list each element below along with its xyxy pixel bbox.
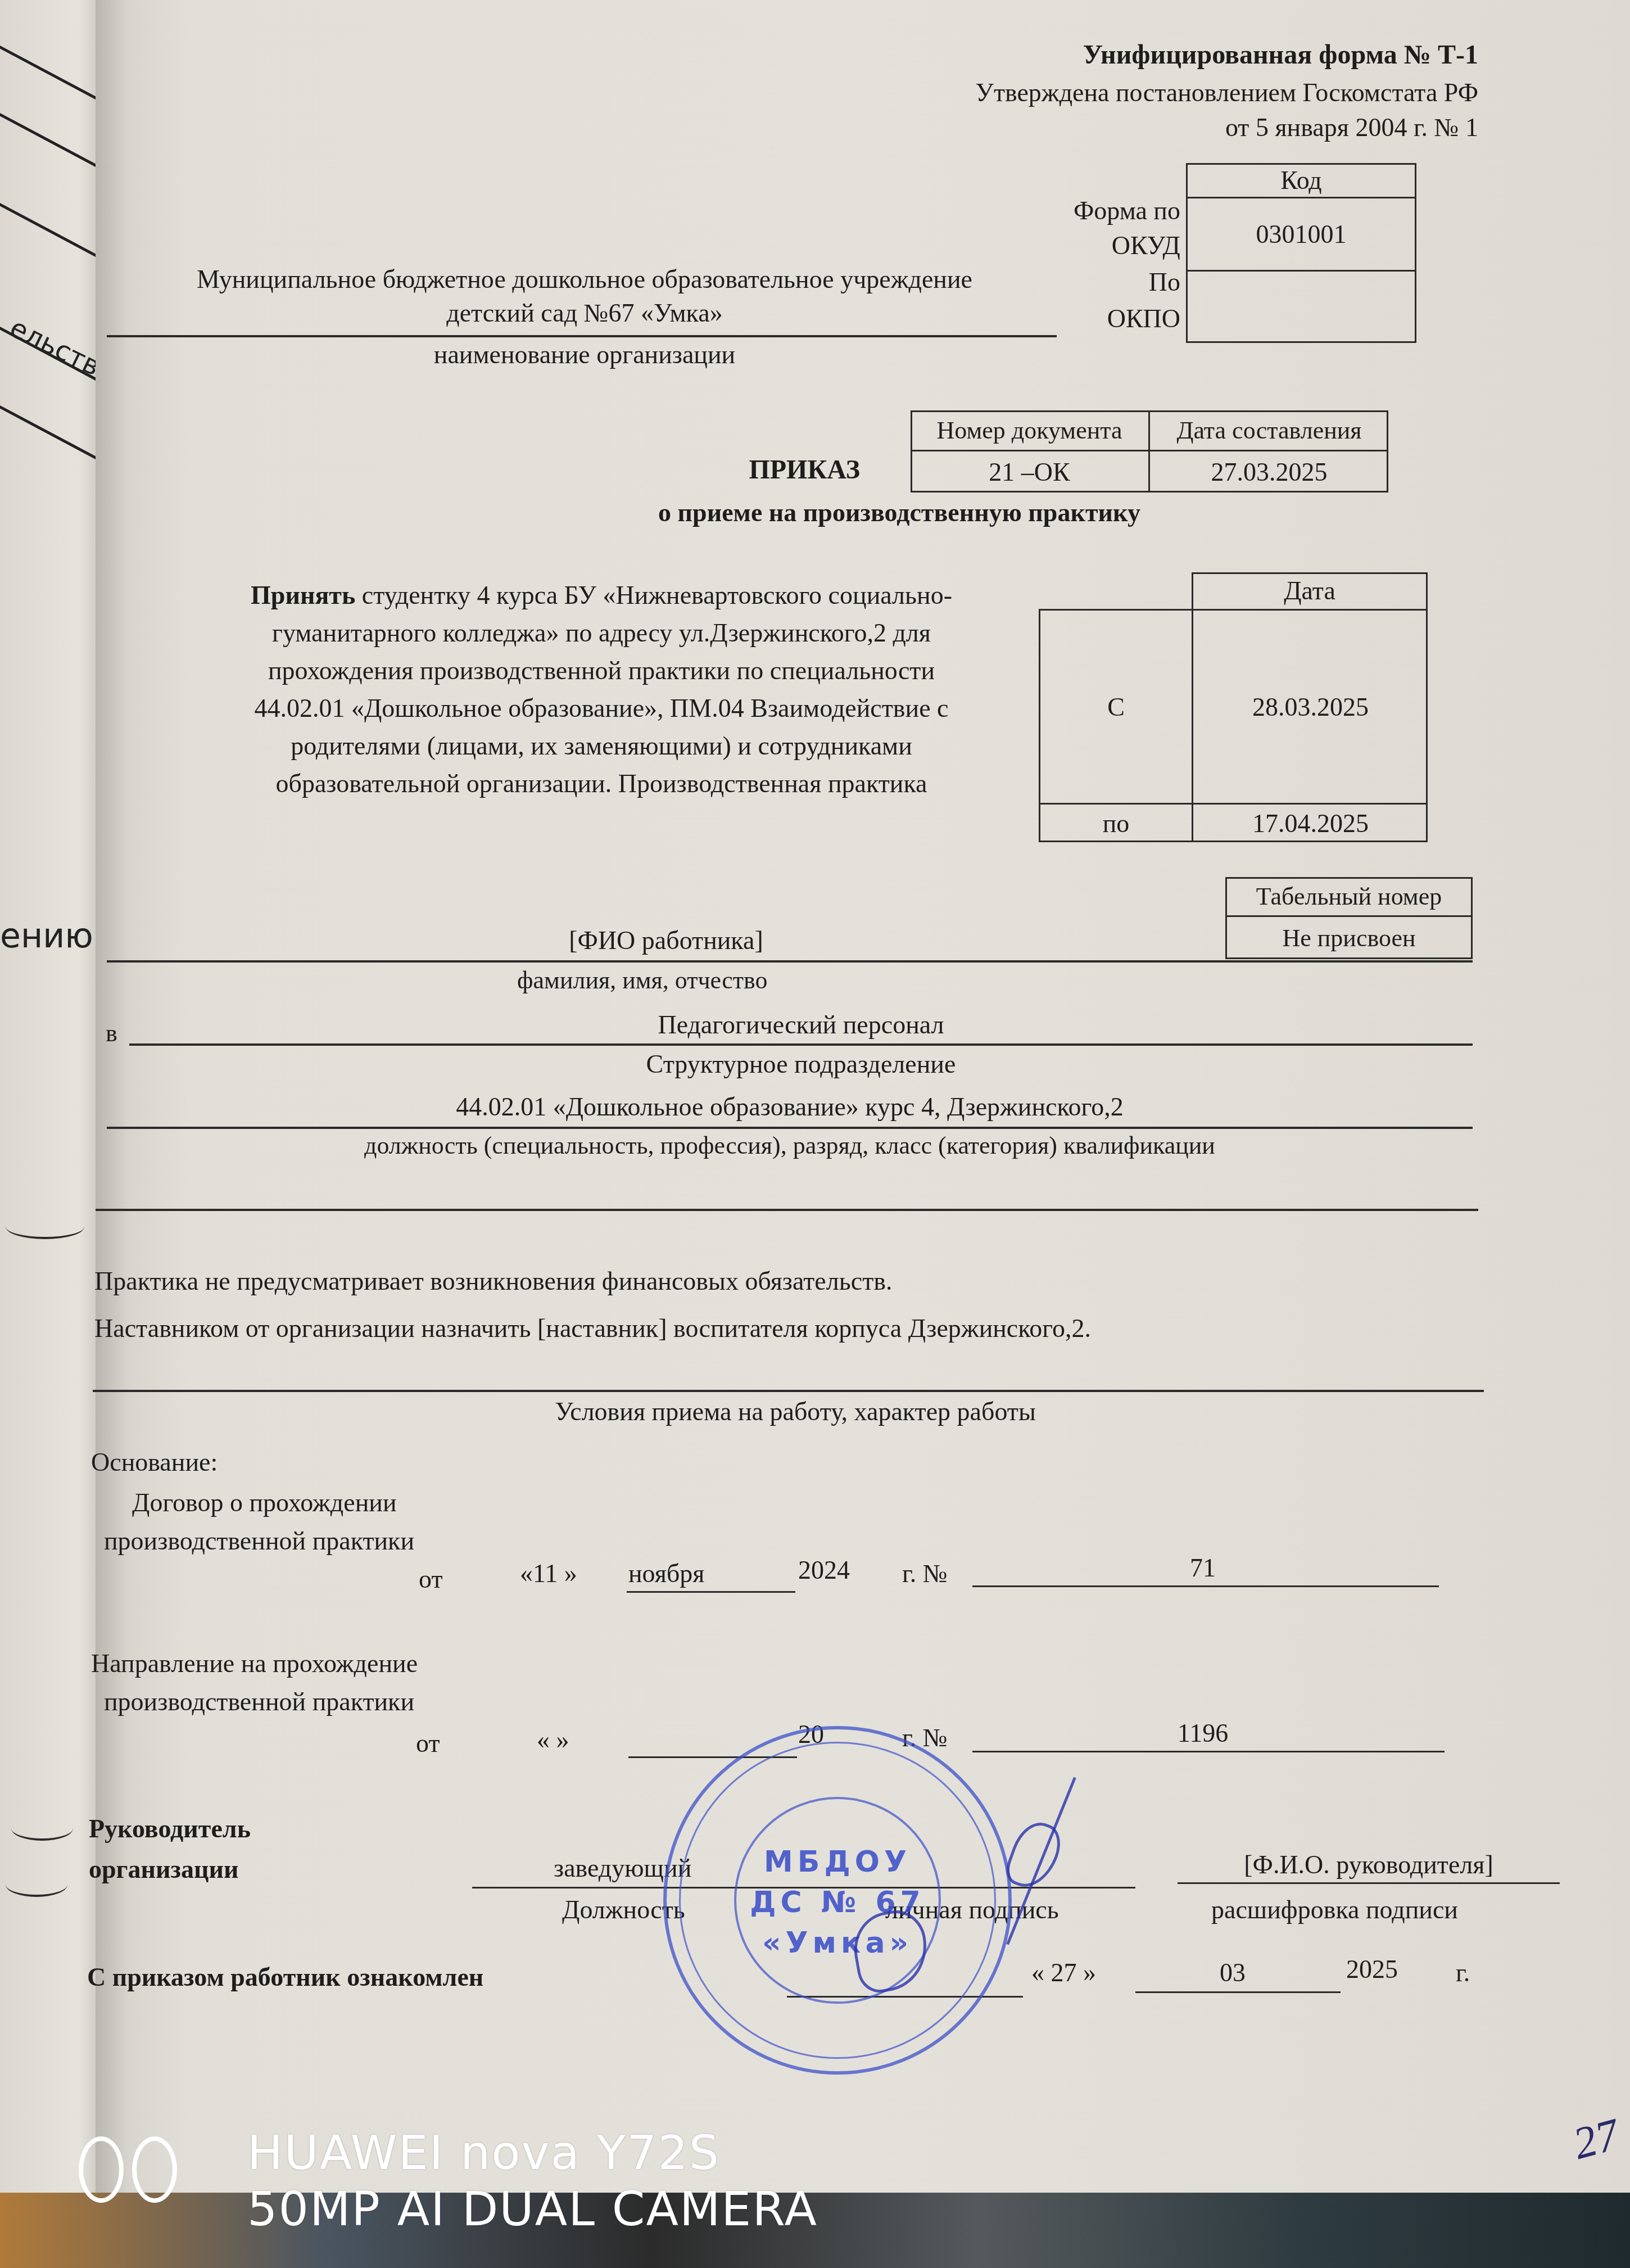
- doc-date: 27.03.2025: [1150, 451, 1388, 493]
- acknowledgement-year-suffix: г.: [1456, 1958, 1470, 1987]
- order-body: Принять студентку 4 курса БУ «Нижневарто…: [163, 576, 1040, 802]
- contract-day: «11 »: [520, 1558, 577, 1588]
- position-caption: должность (специальность, профессия), ра…: [107, 1131, 1473, 1160]
- okud-label: Форма по: [1012, 196, 1180, 225]
- period-header: Дата: [1192, 572, 1428, 609]
- organization-underline: [107, 335, 1057, 337]
- tab-number-header: Табельный номер: [1225, 877, 1473, 915]
- stamp-text: ДС № 67: [667, 1882, 1008, 1923]
- acknowledgement-year: 2025: [1346, 1954, 1398, 1984]
- contract-number-underline: [972, 1585, 1439, 1587]
- watermark-line: HUAWEI nova Y72S: [247, 2125, 720, 2180]
- referral-title: производственной практики: [104, 1687, 414, 1716]
- doc-number: 21 –ОК: [911, 451, 1148, 493]
- acknowledgement-label: С приказом работник ознакомлен: [87, 1962, 483, 1992]
- official-stamp: МБДОУ ДС № 67 «Умка»: [663, 1726, 1012, 2075]
- okud-code: 0301001: [1186, 198, 1416, 270]
- handwritten-scribble: [11, 1816, 73, 1841]
- order-body-text: 44.02.01 «Дошкольное образование», ПМ.04…: [254, 694, 948, 722]
- referral-from-label: от: [416, 1728, 440, 1758]
- period-from-label: С: [1039, 611, 1193, 803]
- order-body-lead: Принять: [251, 581, 355, 609]
- referral-number: 1196: [972, 1718, 1433, 1748]
- form-approval-date: от 5 января 2004 г. № 1: [787, 112, 1478, 142]
- order-body-text: гуманитарного колледжа» по адресу ул.Дзе…: [272, 618, 931, 647]
- referral-title: Направление на прохождение: [91, 1648, 418, 1678]
- head-name: [Ф.И.О. руководителя]: [1180, 1850, 1557, 1880]
- okpo-code: [1186, 272, 1416, 343]
- period-to-label: по: [1039, 805, 1193, 842]
- decode-caption: расшифровка подписи: [1211, 1895, 1458, 1924]
- order-title: ПРИКАЗ: [562, 454, 860, 485]
- order-body-text: студентку 4 курса БУ «Нижневартовского с…: [355, 581, 952, 609]
- tab-number-value: Не присвоен: [1225, 917, 1473, 959]
- form-title: Унифицированная форма № Т-1: [787, 39, 1478, 70]
- terms-line: Практика не предусматривает возникновени…: [94, 1266, 892, 1296]
- contract-title: производственной практики: [104, 1526, 414, 1556]
- order-subtitle: о приеме на производственную практику: [393, 498, 1405, 527]
- period-to-date: 17.04.2025: [1193, 805, 1428, 842]
- employee-name: [ФИО работника]: [107, 925, 1225, 955]
- acknowledgement-day: « 27 »: [1031, 1958, 1096, 1987]
- period-from-date: 28.03.2025: [1193, 611, 1428, 803]
- stamp-text: «Умка»: [667, 1923, 1008, 1963]
- handwritten-scribble: [6, 1872, 67, 1897]
- employee-name-underline: [107, 960, 1473, 963]
- department-prefix: в: [106, 1019, 117, 1047]
- code-header: Код: [1186, 163, 1416, 197]
- acknowledgement-month: 03: [1220, 1958, 1246, 1987]
- form-approval-line: Утверждена постановлением Госкомстата РФ: [787, 78, 1478, 107]
- left-page-fragment: ению: [0, 916, 93, 956]
- employee-name-caption: фамилия, имя, отчество: [517, 966, 967, 995]
- position-value: 44.02.01 «Дошкольное образование» курс 4…: [107, 1092, 1473, 1122]
- head-label: Руководитель: [89, 1814, 251, 1844]
- head-label: организации: [89, 1854, 238, 1884]
- acknowledgement-month-underline: [1135, 1991, 1341, 1993]
- order-body-text: образовательной организации. Производств…: [276, 769, 927, 798]
- department-caption: Структурное подразделение: [129, 1049, 1473, 1079]
- handwritten-scribble: [6, 1214, 84, 1239]
- contract-number: 71: [972, 1553, 1433, 1583]
- blank-line: [96, 1209, 1478, 1211]
- contract-from-label: от: [419, 1564, 443, 1594]
- basis-label: Основание:: [91, 1447, 218, 1477]
- contract-year: 2024: [798, 1555, 850, 1585]
- terms-line: Наставником от организации назначить [на…: [94, 1313, 1091, 1343]
- organization-name: детский сад №67 «Умка»: [107, 298, 1062, 328]
- referral-day: « »: [537, 1725, 569, 1755]
- stamp-text: МБДОУ: [667, 1842, 1008, 1882]
- doc-number-header: Номер документа: [911, 410, 1148, 450]
- terms-underline: [93, 1390, 1484, 1392]
- terms-caption: Условия приема на работу, характер работ…: [93, 1397, 1498, 1426]
- contract-month: ноября: [628, 1558, 704, 1588]
- department-underline: [129, 1043, 1473, 1046]
- contract-number-label: г. №: [902, 1558, 948, 1588]
- order-body-text: родителями (лицами, их заменяющими) и со…: [291, 731, 912, 760]
- organization-caption: наименование организации: [107, 340, 1062, 369]
- camera-logo-icon: [79, 2136, 185, 2204]
- department-value: Педагогический персонал: [129, 1010, 1473, 1040]
- doc-date-header: Дата составления: [1150, 410, 1388, 450]
- head-name-underline: [1178, 1882, 1560, 1884]
- referral-number-underline: [972, 1751, 1445, 1752]
- position-underline: [107, 1127, 1473, 1129]
- contract-title: Договор о прохождении: [132, 1488, 397, 1517]
- watermark-line: 50MP AI DUAL CAMERA: [247, 2181, 818, 2237]
- organization-name: Муниципальное бюджетное дошкольное образ…: [107, 264, 1062, 294]
- okud-label: ОКУД: [1012, 231, 1180, 260]
- contract-month-underline: [627, 1591, 795, 1593]
- stamp-center-text: МБДОУ ДС № 67 «Умка»: [667, 1842, 1008, 1963]
- order-body-text: прохождения производственной практики по…: [268, 656, 935, 685]
